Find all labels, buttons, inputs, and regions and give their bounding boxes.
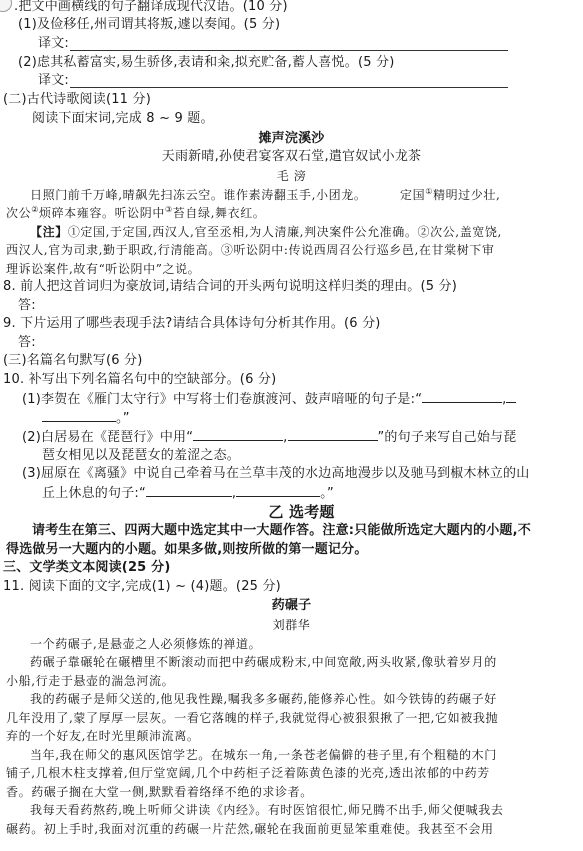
essay-line: 几年没用了,蒙了厚厚一层灰。一看它落魄的样子,我就觉得心被狠狠揪了一把,它如被我… <box>6 709 498 727</box>
q10-item-3-end: 。” <box>320 486 334 501</box>
poem-line-2: 次公②烦碎本雍容。听讼阴中③苔自绿,舞衣红。 <box>6 204 265 222</box>
q10-item-1-end: 。” <box>116 411 130 426</box>
section2-heading: (二)古代诗歌阅读(11 分) <box>3 91 151 109</box>
q10-item-2-text-post: ”的句子来写自己始与琵 <box>378 430 517 445</box>
essay-author: 刘群华 <box>0 616 583 634</box>
exam-page: .把文中画横线的句子翻译成现代汉语。(10 分) (1)及俭移任,州司谓其将叛,… <box>0 0 583 851</box>
essay-line: 香。药碾子搁在大堂一侧,默默看着络绎不绝的求诊者。 <box>6 783 313 801</box>
poem-author: 毛 滂 <box>0 167 583 185</box>
q10-item-2-blank-2[interactable] <box>288 428 378 441</box>
notes-text: ①定国,于定国,西汉人,官至丞相,为人清廉,判决案件公允准确。②次公,盖宽饶, <box>68 225 502 239</box>
notes-line-2: 西汉人,官为司隶,勤于职政,行清能高。③听讼阴中:传说西周召公行巡乡邑,在甘棠树… <box>6 241 495 259</box>
poem-text: 精明过少壮, <box>433 188 500 202</box>
q10-item-2-blank-1[interactable] <box>193 428 283 441</box>
section2-instruction: 阅读下面宋词,完成 8 ~ 9 题。 <box>32 110 214 128</box>
section-iii-heading: 三、文学类文本阅读(25 分) <box>3 559 171 577</box>
essay-line: 一个药碾子,是悬壶之人必须修炼的禅道。 <box>30 635 261 653</box>
q10-item-2-text: (2)白居易在《琵琶行》中用“ <box>22 430 193 445</box>
poem-text: 烦碎本雍容。听讼阴中 <box>39 206 165 220</box>
q10-item-1: (1)李贺在《雁门太守行》中写将士们卷旗渡河、鼓声喑哑的句子是:“, <box>22 390 516 409</box>
footnote-ref-3: ③ <box>165 205 173 214</box>
section3-heading: (三)名篇名句默写(6 分) <box>3 352 143 370</box>
q7-item-1: (1)及俭移任,州司谓其将叛,遽以奏闻。(5 分) <box>18 16 280 34</box>
q11-text: 11. 阅读下面的文字,完成(1) ~ (4)题。(25 分) <box>3 578 281 596</box>
q10-title: 10. 补写出下列名篇名句中的空缺部分。(6 分) <box>3 371 276 389</box>
essay-line: 碾药。初上手时,我面对沉重的药碾一片茫然,碾轮在我面前更显笨重难使。我甚至不会用 <box>6 820 494 838</box>
essay-title: 药碾子 <box>0 597 583 615</box>
part-b-heading: 乙 选考题 <box>10 503 583 521</box>
essay-line: 我的药碾子是师父送的,他见我性躁,嘱我多多碾药,能修养心性。如今铁铸的药碾子好 <box>30 690 497 708</box>
page-corner-mark <box>0 0 12 12</box>
poem-line-1a: 日照门前千万峰,晴飙先扫冻云空。谁作素涛翻玉手,小团龙。 <box>30 186 366 204</box>
q7-item-2-answer-line[interactable] <box>70 87 508 88</box>
q7-item-1-answer-line[interactable] <box>70 50 508 51</box>
q8-answer-label: 答: <box>18 297 36 315</box>
q10-item-3-line-2: 丘上休息的句子:“,。” <box>42 484 334 503</box>
q8-text: 8. 前人把这首词归为豪放词,请结合词的开头两句说明这样归类的理由。(5 分) <box>3 278 457 296</box>
poem-text: 苔自绿,舞衣红。 <box>173 206 266 220</box>
q10-item-1-blank-2-start[interactable] <box>506 390 516 403</box>
q10-item-1-text: (1)李贺在《雁门太守行》中写将士们卷旗渡河、鼓声喑哑的句子是:“ <box>22 392 422 407</box>
essay-line: 药碾子靠碾轮在碾槽里不断滚动而把中药碾成粉末,中间宽敞,两头收紧,像驮着岁月的 <box>30 653 497 671</box>
essay-line: 当年,我在师父的惠风医馆学艺。在城东一角,一条苍老偏僻的巷子里,有个粗糙的木门 <box>30 746 497 764</box>
q10-item-1-cont: 。” <box>42 409 130 428</box>
essay-line: 小船,行走于悬壶的湍急河流。 <box>6 672 174 690</box>
q10-item-2: (2)白居易在《琵琶行》中用“,”的句子来写自己始与琵 <box>22 428 516 447</box>
essay-line: 我每天看药熬药,晚上听师父讲读《内经》。有时医馆很忙,师兄腾不出手,师父便喊我去 <box>30 801 503 819</box>
footnote-ref-1: ① <box>425 187 433 196</box>
part-b-instruction-2: 得选做另一大题内的小题。如果多做,则按所做的第一题记分。 <box>6 541 368 559</box>
q9-text: 9. 下片运用了哪些表现手法?请结合具体诗句分析其作用。(6 分) <box>3 315 381 333</box>
poem-text: 次公 <box>6 206 31 220</box>
q7-item-2-answer-label: 译文: <box>38 72 69 90</box>
q10-item-3-blank-2[interactable] <box>236 484 320 497</box>
q10-item-3-blank-1[interactable] <box>146 484 232 497</box>
poem-text: 定国 <box>400 188 425 202</box>
notes-line-3: 理诉讼案件,故有“听讼阴中”之说。 <box>6 260 200 278</box>
essay-line: 弃的一个好友,在时光里颠沛流离。 <box>6 727 199 745</box>
poem-line-1b: 定国①精明过少壮, <box>400 186 500 204</box>
essay-line: 铺子,几根木柱支撑着,但厅堂宽阔,几个中药柜子泛着陈黄色漆的光亮,透出浓郁的中药… <box>6 764 490 782</box>
q10-item-2-line-2: 琶女相见以及琵琶女的羞涩之态。 <box>42 447 240 465</box>
poem-title: 摊声浣溪沙 <box>0 130 583 148</box>
notes-line-1: 【注】①定国,于定国,西汉人,官至丞相,为人清廉,判决案件公允准确。②次公,盖宽… <box>30 223 502 241</box>
footnote-ref-2: ② <box>31 205 39 214</box>
q7-title: .把文中画横线的句子翻译成现代汉语。(10 分) <box>14 0 288 16</box>
notes-label: 【注】 <box>30 225 68 239</box>
q9-answer-label: 答: <box>18 334 36 352</box>
q10-item-1-blank-2[interactable] <box>42 409 116 422</box>
part-b-instruction-1: 请考生在第三、四两大题中选定其中一大题作答。注意:只能做所选定大题内的小题,不 <box>32 522 531 540</box>
q7-item-1-answer-label: 译文: <box>38 35 69 53</box>
q10-item-3: (3)屈原在《离骚》中说自己牵着马在兰草丰茂的水边高地漫步以及驰马到椒木林立的山 <box>22 465 529 483</box>
poem-subtitle: 天雨新晴,孙使君宴客双石堂,遣官奴试小龙茶 <box>0 148 583 166</box>
q7-item-2: (2)虑其私蓄富实,易生骄侈,表请和籴,拟充贮备,蓄人喜悦。(5 分) <box>18 54 395 72</box>
q10-item-3-text: 丘上休息的句子:“ <box>42 486 146 501</box>
q10-item-1-blank-1[interactable] <box>422 390 502 403</box>
